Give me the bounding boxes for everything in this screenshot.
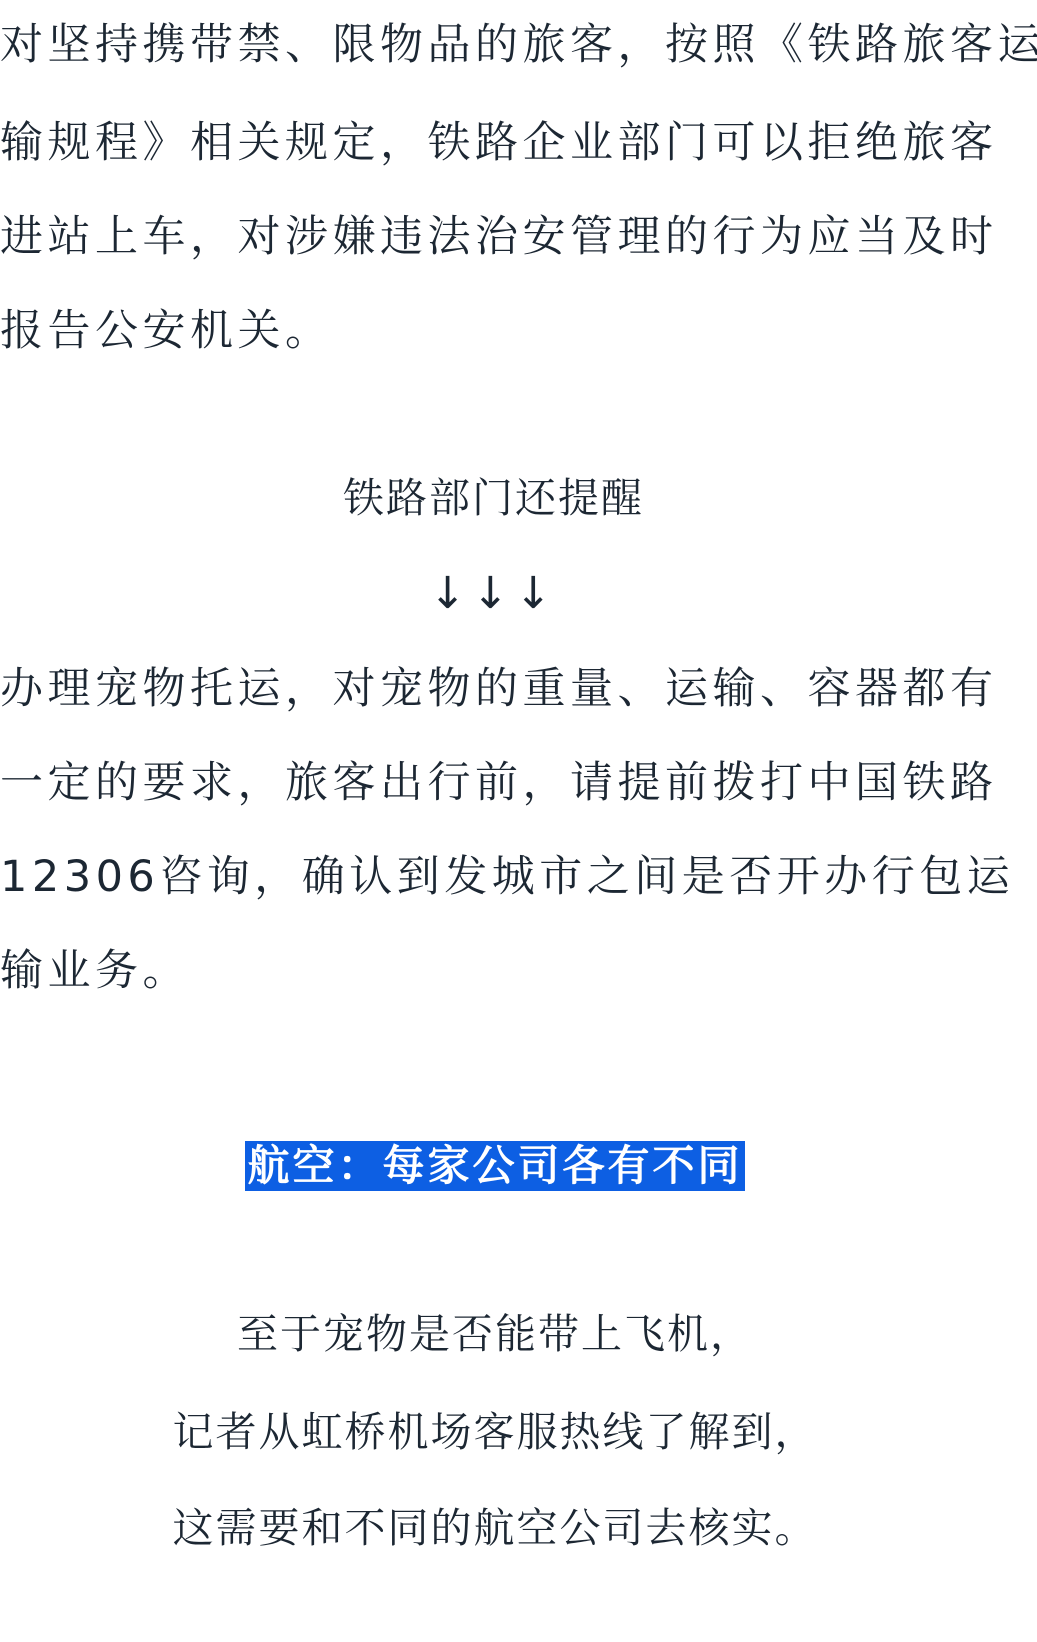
paragraph-line: 对坚持携带禁、限物品的旅客，按照《铁路旅客运 bbox=[0, 0, 1000, 94]
section-heading-container: 航空：每家公司各有不同 bbox=[0, 1141, 990, 1191]
paragraph-line: 报告公安机关。 bbox=[0, 282, 1000, 376]
down-arrows-icon: ↓↓↓ bbox=[0, 566, 987, 622]
paragraph-pet-consignment: 办理宠物托运，对宠物的重量、运输、容器都有 一定的要求，旅客出行前，请提前拨打中… bbox=[0, 642, 1000, 1018]
paragraph-line: 办理宠物托运，对宠物的重量、运输、容器都有 bbox=[0, 642, 1000, 736]
paragraph-line: 输业务。 bbox=[0, 924, 1000, 1018]
paragraph-line: 输规程》相关规定，铁路企业部门可以拒绝旅客 bbox=[0, 94, 1000, 188]
paragraph-line: 进站上车，对涉嫌违法治安管理的行为应当及时 bbox=[0, 188, 1000, 282]
paragraph-railway-prohibited-items: 对坚持携带禁、限物品的旅客，按照《铁路旅客运 输规程》相关规定，铁路企业部门可以… bbox=[0, 0, 1000, 376]
reminder-heading: 铁路部门还提醒 bbox=[0, 470, 987, 526]
paragraph-line-centered: 这需要和不同的航空公司去核实。 bbox=[0, 1500, 990, 1556]
section-heading-aviation: 航空：每家公司各有不同 bbox=[245, 1141, 744, 1191]
paragraph-line-centered: 至于宠物是否能带上飞机， bbox=[0, 1306, 990, 1362]
paragraph-line: 一定的要求，旅客出行前，请提前拨打中国铁路 bbox=[0, 736, 1000, 830]
paragraph-line: 12306咨询，确认到发城市之间是否开办行包运 bbox=[0, 830, 1000, 924]
paragraph-line-centered: 记者从虹桥机场客服热线了解到， bbox=[0, 1404, 990, 1460]
